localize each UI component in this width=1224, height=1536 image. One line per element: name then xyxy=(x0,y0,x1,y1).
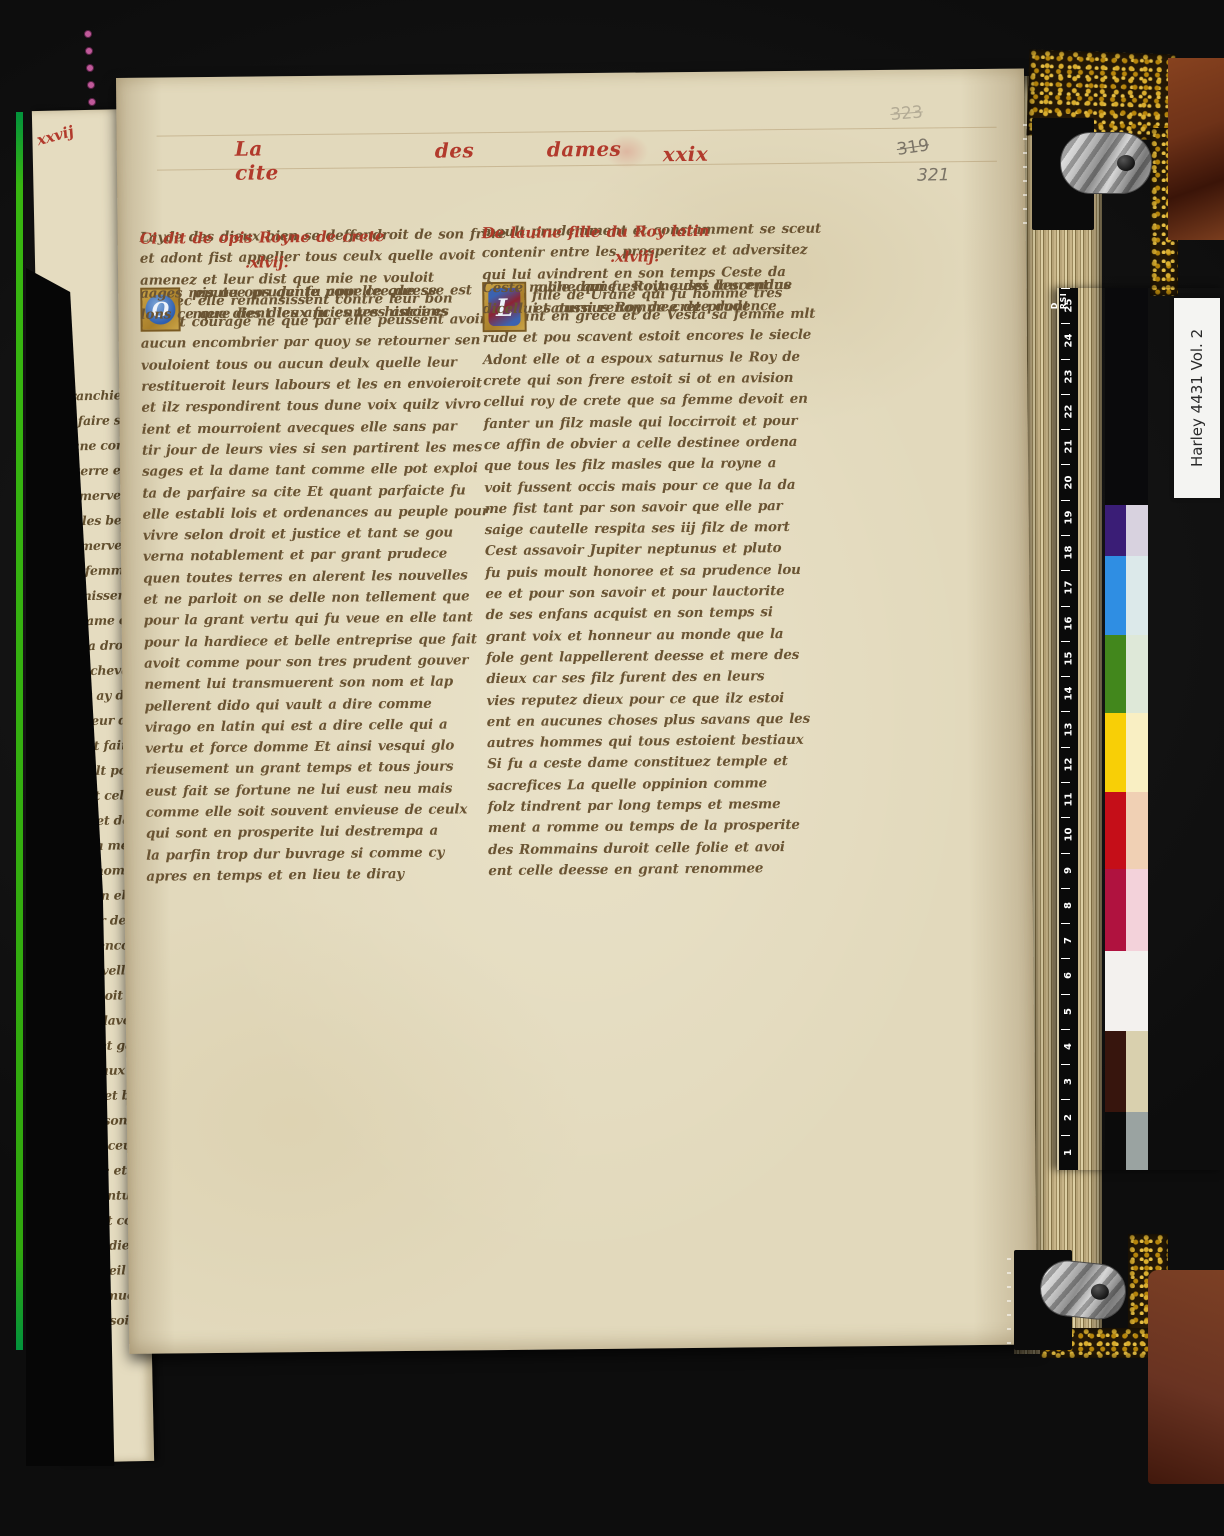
color-calibration-bar: D RSI 25 24 23 22 21 20 19 xyxy=(1057,288,1224,1170)
crossed-out-folio-number: 319 xyxy=(895,135,930,160)
color-patch-row xyxy=(1105,1112,1148,1170)
color-patch-tint xyxy=(1126,505,1148,556)
text-column-left: Layde des dieux bien se deffendroit de s… xyxy=(140,226,485,286)
binder-clip-top xyxy=(1018,114,1168,236)
ruler-tick: 23 xyxy=(1059,359,1078,394)
ruler-tick: 2 xyxy=(1059,1099,1078,1134)
manuscript-text-line: lons ce que dient les anciennes histoire… xyxy=(140,304,448,329)
color-patch-tint xyxy=(1126,635,1148,713)
ruler-tick: 20 xyxy=(1059,464,1078,499)
ruler-tick: 17 xyxy=(1059,570,1078,605)
ruler-tick: 4 xyxy=(1059,1029,1078,1064)
green-backdrop-edge xyxy=(16,112,23,1350)
sewing-dot xyxy=(86,64,94,72)
ruler-tick: 3 xyxy=(1059,1064,1078,1099)
ruler-tick: 5 xyxy=(1059,994,1078,1029)
sewing-dot xyxy=(85,47,93,55)
color-patch-tint xyxy=(1126,951,1148,1031)
leather-cover-bottom-right xyxy=(1148,1270,1224,1484)
leather-cover-top-right xyxy=(1168,58,1224,240)
ruler-tick: 10 xyxy=(1059,817,1078,852)
ruler-tick: 18 xyxy=(1059,535,1078,570)
ruler-tick: 9 xyxy=(1059,853,1078,888)
ruler-tick: 14 xyxy=(1059,676,1078,711)
color-patch xyxy=(1105,951,1126,1031)
ruler-tick: 19 xyxy=(1059,500,1078,535)
ruler-tick: 24 xyxy=(1059,323,1078,358)
ruler-tick: 12 xyxy=(1059,747,1078,782)
color-patch xyxy=(1105,713,1126,792)
manuscript-text-line: ent celle deesse en grant renommee xyxy=(488,859,828,884)
ruler-tick: 1 xyxy=(1059,1135,1078,1170)
binder-clip-bottom xyxy=(1002,1248,1142,1360)
body-text: Ceste noble dame estoit aussi descendued… xyxy=(482,277,792,323)
color-patch xyxy=(1105,1031,1126,1112)
color-patch-row xyxy=(1105,288,1148,505)
sewing-dot xyxy=(84,30,92,38)
color-patch-row xyxy=(1105,556,1148,635)
color-patch-row xyxy=(1105,635,1148,713)
shelfmark-label: Harley 4431 Vol. 2 xyxy=(1174,298,1220,498)
ruler-tick: 21 xyxy=(1059,429,1078,464)
color-patch-tint xyxy=(1126,713,1148,792)
ruler-tick: 25 xyxy=(1059,288,1078,323)
grayscale-wedge xyxy=(1078,288,1105,1170)
color-patch-row xyxy=(1105,869,1148,951)
color-patch xyxy=(1105,869,1126,951)
manuscript-page: La cite des dames xxix 323 319 321 Layde… xyxy=(116,68,1037,1353)
text-column-right: moult prudemment et constamment se sceut… xyxy=(482,220,835,280)
running-header-word: des xyxy=(435,138,475,162)
color-patch-row xyxy=(1105,713,1148,792)
running-header-word: xxix xyxy=(663,142,709,166)
color-patch xyxy=(1105,505,1126,556)
running-header-word: dames xyxy=(547,137,622,162)
manuscript-text-line: apres en temps et en lieu te diray xyxy=(146,865,513,890)
rubric-chapter-number: .xlviij. xyxy=(482,245,834,274)
rubric-chapter-title: De lauine fille du Roy latin xyxy=(482,220,834,249)
color-patch-tint xyxy=(1126,288,1148,505)
color-patch-row xyxy=(1105,792,1148,869)
calibration-ruler: D RSI 25 24 23 22 21 20 19 xyxy=(1059,288,1078,1170)
color-patches xyxy=(1105,288,1148,1170)
ruler-tick: 6 xyxy=(1059,958,1078,993)
ruler-scale: 25 24 23 22 21 20 19 18 17 16 xyxy=(1059,288,1078,1170)
ruler-tick: 8 xyxy=(1059,888,1078,923)
color-patch-row xyxy=(1105,505,1148,556)
color-patch-tint xyxy=(1126,1031,1148,1112)
crossed-out-folio-number: 323 xyxy=(890,102,924,125)
ruler-tick: 13 xyxy=(1059,711,1078,746)
body-text: aages reputee prudente pour ce que selon… xyxy=(140,283,449,329)
rubric-chapter-title: Ci dit de opis Royne de crete xyxy=(140,226,484,255)
ruler-tick: 7 xyxy=(1059,923,1078,958)
pencil-annotations: 323 319 321 xyxy=(884,103,1005,194)
ruler-tick: 22 xyxy=(1059,394,1078,429)
ruler-tick: 15 xyxy=(1059,641,1078,676)
color-patch-row xyxy=(1105,1031,1148,1112)
ruled-line xyxy=(157,127,997,137)
binder-clip-handle xyxy=(1060,132,1152,194)
facing-page-folio-label: xxvij xyxy=(35,122,76,149)
sewing-dot xyxy=(87,81,95,89)
color-patch-tint xyxy=(1126,556,1148,635)
color-patch xyxy=(1105,288,1126,505)
manuscript-photo-scene: xxvij f et le fist tranchiernvoies que f… xyxy=(0,0,1224,1536)
binder-clip-spine xyxy=(1018,114,1033,234)
color-patch-tint xyxy=(1126,792,1148,869)
manuscript-text-line: dicellui saturnus Roy de crete dont xyxy=(482,298,792,323)
color-patch-tint xyxy=(1126,1112,1148,1170)
color-patch xyxy=(1105,556,1126,635)
folio-number-pencil: 321 xyxy=(917,165,950,185)
color-patch xyxy=(1105,1112,1126,1170)
ruler-tick: 16 xyxy=(1059,606,1078,641)
running-header-word: La cite xyxy=(235,136,279,184)
color-patch xyxy=(1105,792,1126,869)
color-patch-row xyxy=(1105,951,1148,1031)
sewing-dot xyxy=(88,98,96,106)
ruler-tick: 11 xyxy=(1059,782,1078,817)
color-patch-tint xyxy=(1126,869,1148,951)
rubric-chapter-number: .xlvij. xyxy=(140,251,484,280)
color-patch xyxy=(1105,635,1126,713)
ruled-line xyxy=(157,161,997,171)
